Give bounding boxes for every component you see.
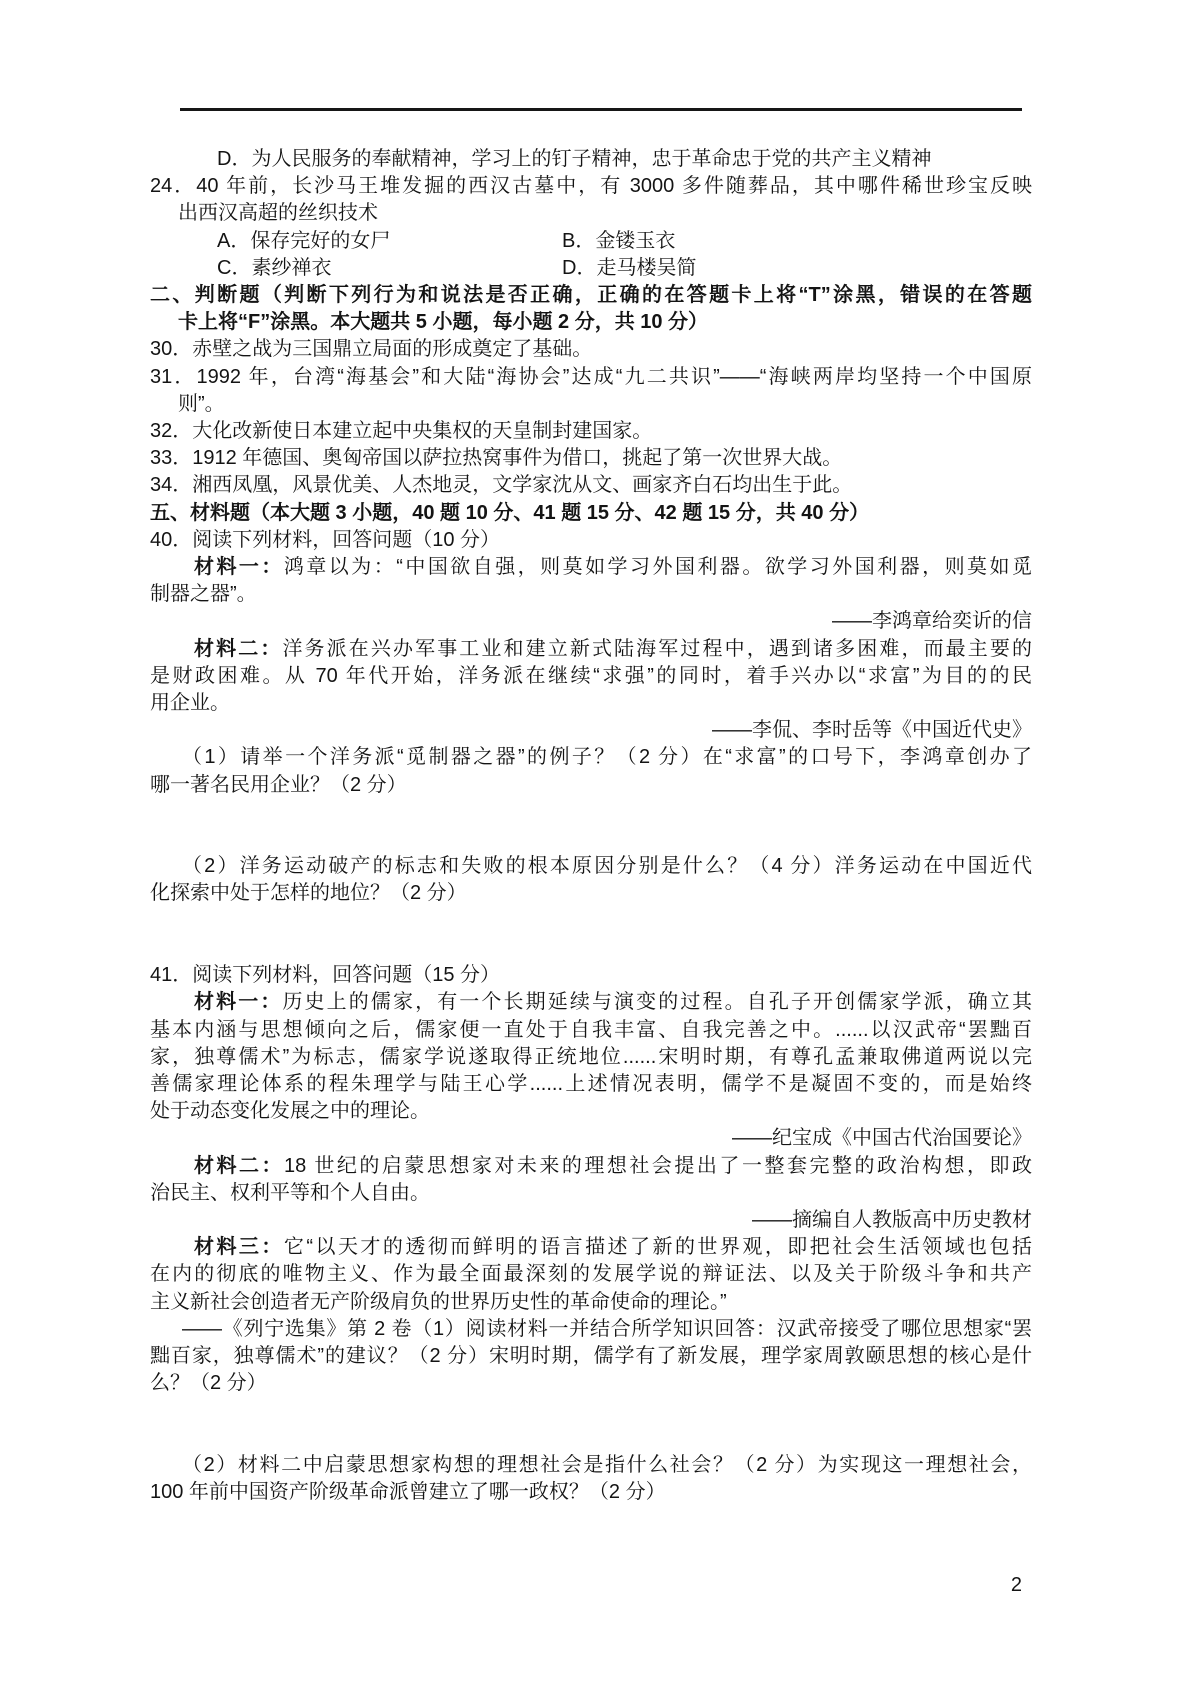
q40-material-1-source: ——李鸿章给奕䜣的信 xyxy=(150,608,1032,635)
section-2-header: 二、判断题（判断下列行为和说法是否正确，正确的在答题卡上将“T”涂黑，错误的在答… xyxy=(150,282,1032,309)
material-label: 材料二： xyxy=(194,638,282,660)
blank-line xyxy=(150,826,1032,853)
blank-line xyxy=(150,935,1032,962)
material-text: 它“以天才的透彻而鲜明的语言描述了新的世界观，即把社会生活领域也包括 xyxy=(284,1236,1032,1258)
option-cell: B．金镂玉衣 xyxy=(562,230,675,252)
q40-material-2-cont-2: 用企业。 xyxy=(150,690,1032,717)
material-label: 材料二： xyxy=(194,1155,284,1177)
header-rule xyxy=(180,108,1022,111)
question-32: 32．大化改新使日本建立起中央集权的天皇制封建国家。 xyxy=(150,418,1032,445)
option-cell: A．保存完好的女尸 xyxy=(217,228,562,255)
q40-material-1: 材料一：鸿章以为：“中国欲自强，则莫如学习外国利器。欲学习外国利器，则莫如觅 xyxy=(150,554,1032,581)
q41-material-1: 材料一：历史上的儒家，有一个长期延续与演变的过程。自孔子开创儒家学派，确立其 xyxy=(150,989,1032,1016)
section-5-header: 五、材料题（本大题 3 小题，40 题 10 分、41 题 15 分、42 题 … xyxy=(150,500,1032,527)
q41-material-2-cont: 治民主、权利平等和个人自由。 xyxy=(150,1180,1032,1207)
material-text: 洋务派在兴办军事工业和建立新式陆海军过程中，遇到诸多困难，而最主要的 xyxy=(282,638,1032,660)
material-label: 材料一： xyxy=(194,556,284,578)
q40-material-2: 材料二：洋务派在兴办军事工业和建立新式陆海军过程中，遇到诸多困难，而最主要的 xyxy=(150,636,1032,663)
q41-material-1-source: ——纪宝成《中国古代治国要论》 xyxy=(150,1125,1032,1152)
question-24-options-ab: A．保存完好的女尸B．金镂玉衣 xyxy=(150,228,1032,255)
question-34: 34．湘西凤凰，风景优美、人杰地灵，文学家沈从文、画家齐白石均出生于此。 xyxy=(150,472,1032,499)
q41-sub-question-2: （2）材料二中启蒙思想家构想的理想社会是指什么社会？（2 分）为实现这一理想社会… xyxy=(150,1452,1032,1479)
q41-sub-question-1-cont-2: 么？（2 分） xyxy=(150,1370,1032,1397)
page-body: D．为人民服务的奉献精神，学习上的钉子精神，忠于革命忠于党的共产主义精神24．4… xyxy=(150,146,1032,1506)
choice-d-prev-question: D．为人民服务的奉献精神，学习上的钉子精神，忠于革命忠于党的共产主义精神 xyxy=(150,146,1032,173)
q41-material-1-cont-3: 善儒家理论体系的程朱理学与陆王心学......上述情况表明，儒学不是凝固不变的，… xyxy=(150,1071,1032,1098)
option-cell: C．素纱禅衣 xyxy=(217,255,562,282)
q41-material-1-cont-4: 处于动态变化发展之中的理论。 xyxy=(150,1098,1032,1125)
blank-line xyxy=(150,1397,1032,1424)
question-41: 41．阅读下列材料，回答问题（15 分） xyxy=(150,962,1032,989)
q40-sub-question-2: （2）洋务运动破产的标志和失败的根本原因分别是什么？（4 分）洋务运动在中国近代 xyxy=(150,853,1032,880)
q40-sub-question-1-cont: 哪一著名民用企业？（2 分） xyxy=(150,772,1032,799)
material-label: 材料三： xyxy=(194,1236,284,1258)
exam-paper-page: D．为人民服务的奉献精神，学习上的钉子精神，忠于革命忠于党的共产主义精神24．4… xyxy=(0,0,1200,1698)
blank-line xyxy=(150,908,1032,935)
question-33: 33．1912 年德国、奥匈帝国以萨拉热窝事件为借口，挑起了第一次世界大战。 xyxy=(150,445,1032,472)
q40-sub-question-1: （1）请举一个洋务派“觅制器之器”的例子？（2 分）在“求富”的口号下，李鸿章创… xyxy=(150,744,1032,771)
q40-sub-question-2-cont: 化探索中处于怎样的地位？（2 分） xyxy=(150,880,1032,907)
option-cell: D．走马楼吴简 xyxy=(562,257,696,279)
q40-material-2-cont-1: 是财政困难。从 70 年代开始，洋务派在继续“求强”的同时，着手兴办以“求富”为… xyxy=(150,663,1032,690)
blank-line xyxy=(150,799,1032,826)
material-label: 材料一： xyxy=(194,991,282,1013)
q40-material-1-cont: 制器之器”。 xyxy=(150,581,1032,608)
material-text: 鸿章以为：“中国欲自强，则莫如学习外国利器。欲学习外国利器，则莫如觅 xyxy=(284,556,1032,578)
question-30: 30．赤壁之战为三国鼎立局面的形成奠定了基础。 xyxy=(150,336,1032,363)
q41-material-1-cont-1: 基本内涵与思想倾向之后，儒家便一直处于自我丰富、自我完善之中。......以汉武… xyxy=(150,1017,1032,1044)
question-24: 24．40 年前，长沙马王堆发掘的西汉古墓中，有 3000 多件随葬品，其中哪件… xyxy=(150,173,1032,200)
material-text: 18 世纪的启蒙思想家对未来的理想社会提出了一整套完整的政治构想，即政 xyxy=(284,1155,1032,1177)
q40-material-2-source: ——李侃、李时岳等《中国近代史》 xyxy=(150,717,1032,744)
blank-line xyxy=(150,1425,1032,1452)
material-text: 历史上的儒家，有一个长期延续与演变的过程。自孔子开创儒家学派，确立其 xyxy=(282,991,1032,1013)
question-31: 31．1992 年，台湾“海基会”和大陆“海协会”达成“九二共识”——“海峡两岸… xyxy=(150,364,1032,391)
q41-sub-question-1-cont-1: 黜百家，独尊儒术”的建议？（2 分）宋明时期，儒学有了新发展，理学家周敦颐思想的… xyxy=(150,1343,1032,1370)
question-24-options-cd: C．素纱禅衣D．走马楼吴简 xyxy=(150,255,1032,282)
q41-material-3-cont-1: 在内的彻底的唯物主义、作为最全面最深刻的发展学说的辩证法、以及关于阶级斗争和共产 xyxy=(150,1261,1032,1288)
q41-material-1-cont-2: 家，独尊儒术”为标志，儒家学说遂取得正统地位......宋明时期，有尊孔孟兼取佛… xyxy=(150,1044,1032,1071)
section-2-header-cont: 卡上将“F”涂黑。本大题共 5 小题，每小题 2 分，共 10 分） xyxy=(150,309,1032,336)
q41-material-2: 材料二：18 世纪的启蒙思想家对未来的理想社会提出了一整套完整的政治构想，即政 xyxy=(150,1153,1032,1180)
q41-material-3-cont-2: 主义新社会创造者无产阶级肩负的世界历史性的革命使命的理论。” xyxy=(150,1289,1032,1316)
q41-material-2-source: ——摘编自人教版高中历史教材 xyxy=(150,1207,1032,1234)
page-number: 2 xyxy=(150,1572,1022,1599)
q41-material-3: 材料三：它“以天才的透彻而鲜明的语言描述了新的世界观，即把社会生活领域也包括 xyxy=(150,1234,1032,1261)
question-24-cont: 出西汉高超的丝织技术 xyxy=(150,200,1032,227)
question-40: 40．阅读下列材料，回答问题（10 分） xyxy=(150,527,1032,554)
q41-sub-question-2-cont: 100 年前中国资产阶级革命派曾建立了哪一政权？（2 分） xyxy=(150,1479,1032,1506)
question-31-cont: 则”。 xyxy=(150,391,1032,418)
q41-material-3-source-and-sub-question-1: ——《列宁选集》第 2 卷（1）阅读材料一并结合所学知识回答：汉武帝接受了哪位思… xyxy=(150,1316,1032,1343)
